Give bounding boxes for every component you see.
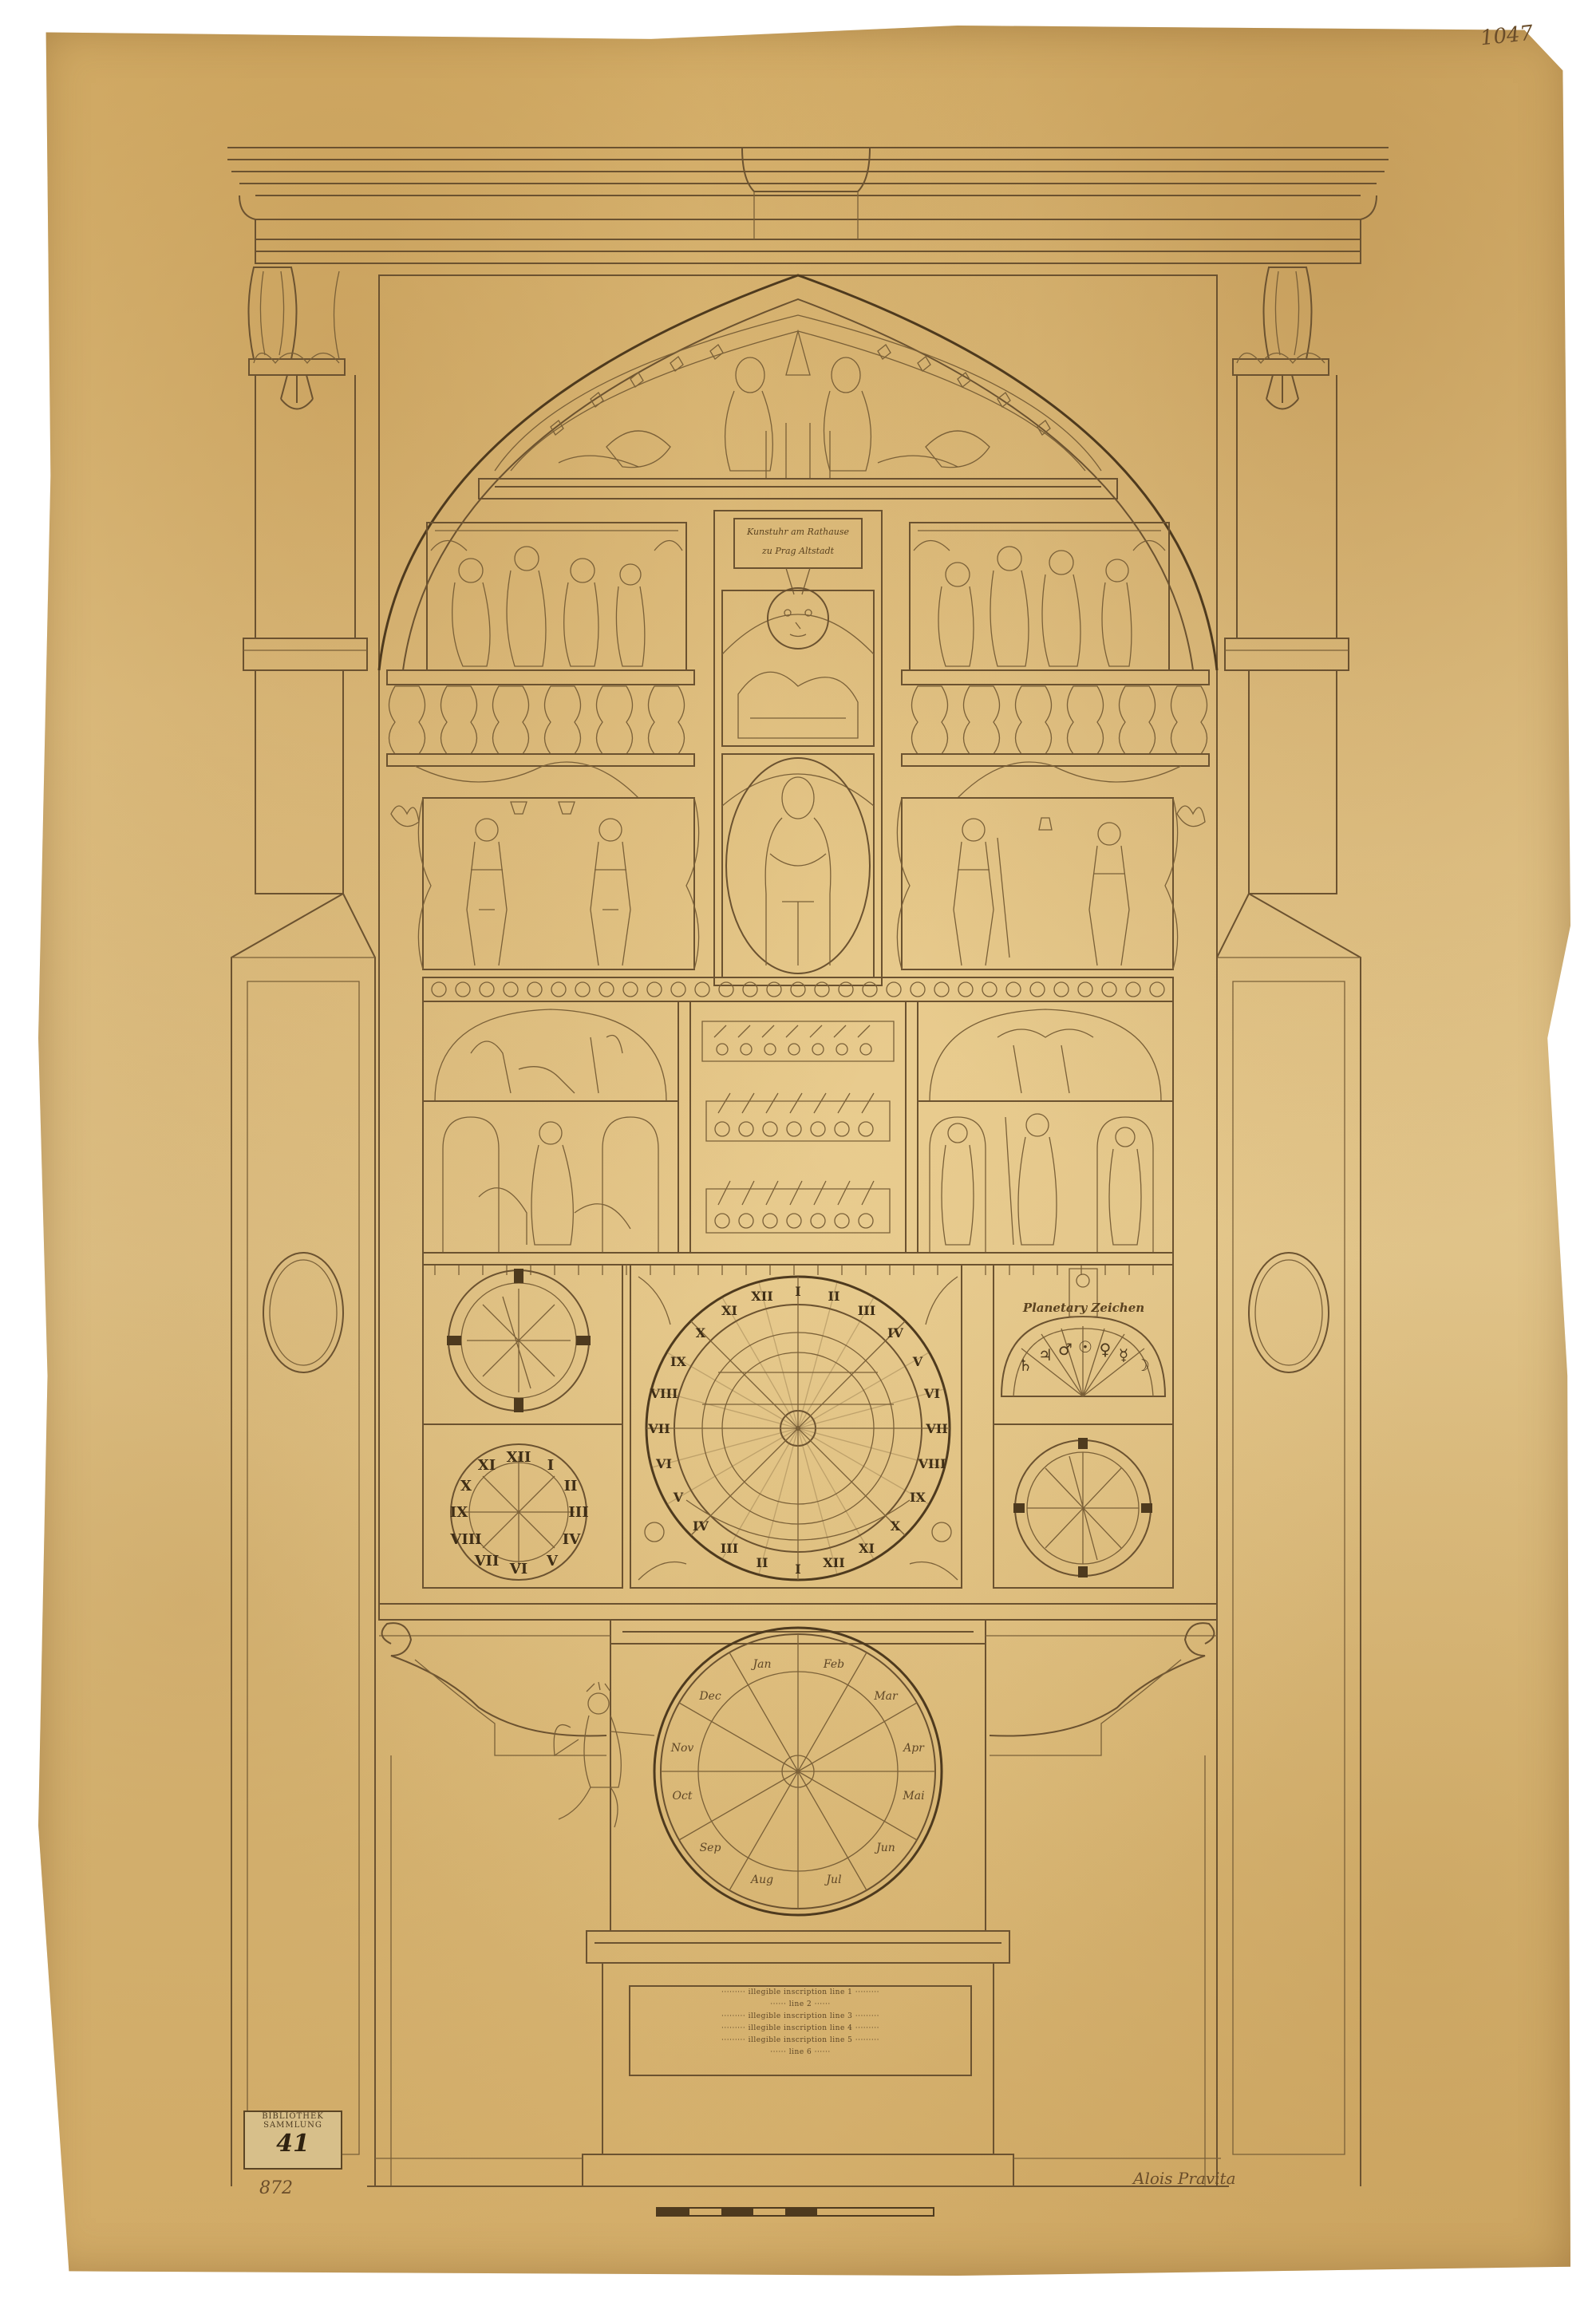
svg-text:IV: IV (887, 1325, 903, 1341)
pencil-number: 872 (259, 2178, 293, 2198)
cartouche-text: Kunstuhr am Rathause zu Prag Altstadt (738, 523, 858, 561)
svg-text:VIII: VIII (918, 1456, 946, 1471)
svg-text:V: V (912, 1354, 923, 1369)
svg-text:I: I (795, 1284, 800, 1299)
svg-text:Jun: Jun (874, 1842, 895, 1854)
left-pilaster (231, 375, 375, 2186)
svg-text:IX: IX (670, 1354, 686, 1369)
stamp-printed-line-2: SAMMLUNG (245, 2121, 341, 2130)
svg-text:VII: VII (925, 1421, 947, 1436)
archive-stamp: BIBLIOTHEK SAMMLUNG 41 (243, 2110, 342, 2170)
svg-text:XII: XII (751, 1289, 772, 1304)
scale-bar (656, 2207, 934, 2217)
svg-text:XI: XI (478, 1457, 496, 1474)
planetary-fan: ♄♃♂☉♀☿☽ (1001, 1269, 1165, 1396)
calendar-section: JanFebMarAprMaiJunJulAugSepOctNovDec (391, 1628, 1205, 2186)
svg-text:XI: XI (721, 1303, 737, 1318)
plaque-line-2: ······ line 2 ······ (630, 1999, 970, 2011)
svg-text:♄: ♄ (1018, 1356, 1033, 1375)
svg-text:Dec: Dec (698, 1690, 721, 1703)
gothic-arch (379, 275, 1217, 670)
plaque-line-3: ········· illegible inscription line 3 ·… (630, 2011, 970, 2023)
svg-text:♃: ♃ (1038, 1345, 1053, 1364)
cornice (227, 148, 1389, 263)
cartouche-line-1: Kunstuhr am Rathause (738, 523, 858, 542)
scale-segment (785, 2209, 817, 2215)
svg-text:V: V (673, 1490, 684, 1505)
angel-figure (554, 1682, 654, 1827)
svg-text:III: III (721, 1541, 738, 1556)
niche-tier (423, 1001, 1173, 1253)
svg-text:IV: IV (693, 1518, 709, 1534)
svg-text:VI: VI (923, 1386, 940, 1401)
svg-text:VII: VII (647, 1421, 670, 1436)
svg-text:III: III (858, 1303, 875, 1318)
stamp-number: 41 (245, 2130, 341, 2158)
svg-text:Mar: Mar (873, 1690, 899, 1703)
main-astronomical-dial: IIIIIIIVVVIVIIVIIIIXXXIXII IIIIIIIVVVIVI… (638, 1277, 958, 1580)
svg-text:Nov: Nov (670, 1742, 694, 1755)
svg-text:V: V (546, 1553, 559, 1570)
svg-text:Mai: Mai (902, 1790, 924, 1803)
cartouche-line-2: zu Prag Altstadt (738, 542, 858, 561)
svg-text:X: X (696, 1325, 706, 1341)
svg-text:IX: IX (450, 1504, 468, 1521)
svg-text:XI: XI (859, 1541, 875, 1556)
scale-segment (721, 2209, 753, 2215)
left-upper-clock (447, 1269, 591, 1412)
corbel-left (249, 267, 346, 409)
stamp-printed-line-1: BIBLIOTHEK (245, 2112, 341, 2121)
svg-text:II: II (828, 1289, 840, 1304)
svg-text:♀: ♀ (1100, 1340, 1112, 1359)
right-lower-clock (1013, 1438, 1152, 1577)
svg-text:Jul: Jul (824, 1874, 841, 1886)
svg-text:IX: IX (910, 1490, 926, 1505)
svg-text:♂: ♂ (1058, 1340, 1073, 1359)
svg-text:☿: ☿ (1119, 1345, 1128, 1364)
svg-text:X: X (460, 1478, 472, 1495)
svg-text:Apr: Apr (902, 1742, 925, 1755)
svg-text:XII: XII (507, 1449, 531, 1466)
svg-text:II: II (757, 1555, 768, 1570)
left-lower-clock: XIIIIIIIIIVVVIVIIVIIIIXXXI (449, 1444, 588, 1580)
inscription-plaque: ········· illegible inscription line 1 ·… (629, 1985, 972, 2076)
svg-text:VIII: VIII (650, 1386, 678, 1401)
plaque-line-4: ········· illegible inscription line 4 ·… (630, 2023, 970, 2035)
svg-text:Aug: Aug (749, 1874, 773, 1886)
svg-text:☉: ☉ (1078, 1337, 1092, 1356)
svg-text:☽: ☽ (1136, 1356, 1150, 1375)
svg-text:VII: VII (474, 1553, 500, 1570)
svg-text:X: X (891, 1518, 901, 1534)
svg-text:Oct: Oct (673, 1790, 693, 1803)
central-column (714, 511, 882, 985)
sun-face (768, 588, 828, 649)
clock-elevation-drawing: XIIIIIIIIIVVVIVIIVIIIIXXXI IIIIIIIVVVIVI… (0, 0, 1596, 2302)
svg-text:Jan: Jan (751, 1658, 772, 1671)
plaque-line-1: ········· illegible inscription line 1 ·… (630, 1987, 970, 1999)
scale-segment (658, 2209, 689, 2215)
plaque-line-5: ········· illegible inscription line 5 ·… (630, 2035, 970, 2047)
svg-text:I: I (547, 1457, 554, 1474)
rosette-band (423, 977, 1173, 1001)
signature: Alois Pravita (1133, 2169, 1236, 2188)
svg-text:IV: IV (563, 1531, 581, 1548)
apostle-gallery (387, 523, 1209, 798)
svg-text:XII: XII (823, 1555, 844, 1570)
svg-text:Sep: Sep (700, 1842, 721, 1854)
planetary-label: Planetary Zeichen (1004, 1301, 1163, 1315)
svg-text:I: I (795, 1562, 800, 1577)
svg-text:VI: VI (509, 1561, 527, 1577)
svg-text:III: III (568, 1504, 588, 1521)
svg-text:II: II (564, 1478, 578, 1495)
plaque-line-6: ······ line 6 ······ (630, 2047, 970, 2059)
svg-text:VIII: VIII (449, 1531, 481, 1548)
right-pilaster (1217, 375, 1361, 2186)
svg-text:VI: VI (655, 1456, 672, 1471)
svg-text:Feb: Feb (823, 1658, 844, 1671)
corbel-right (1233, 267, 1329, 409)
